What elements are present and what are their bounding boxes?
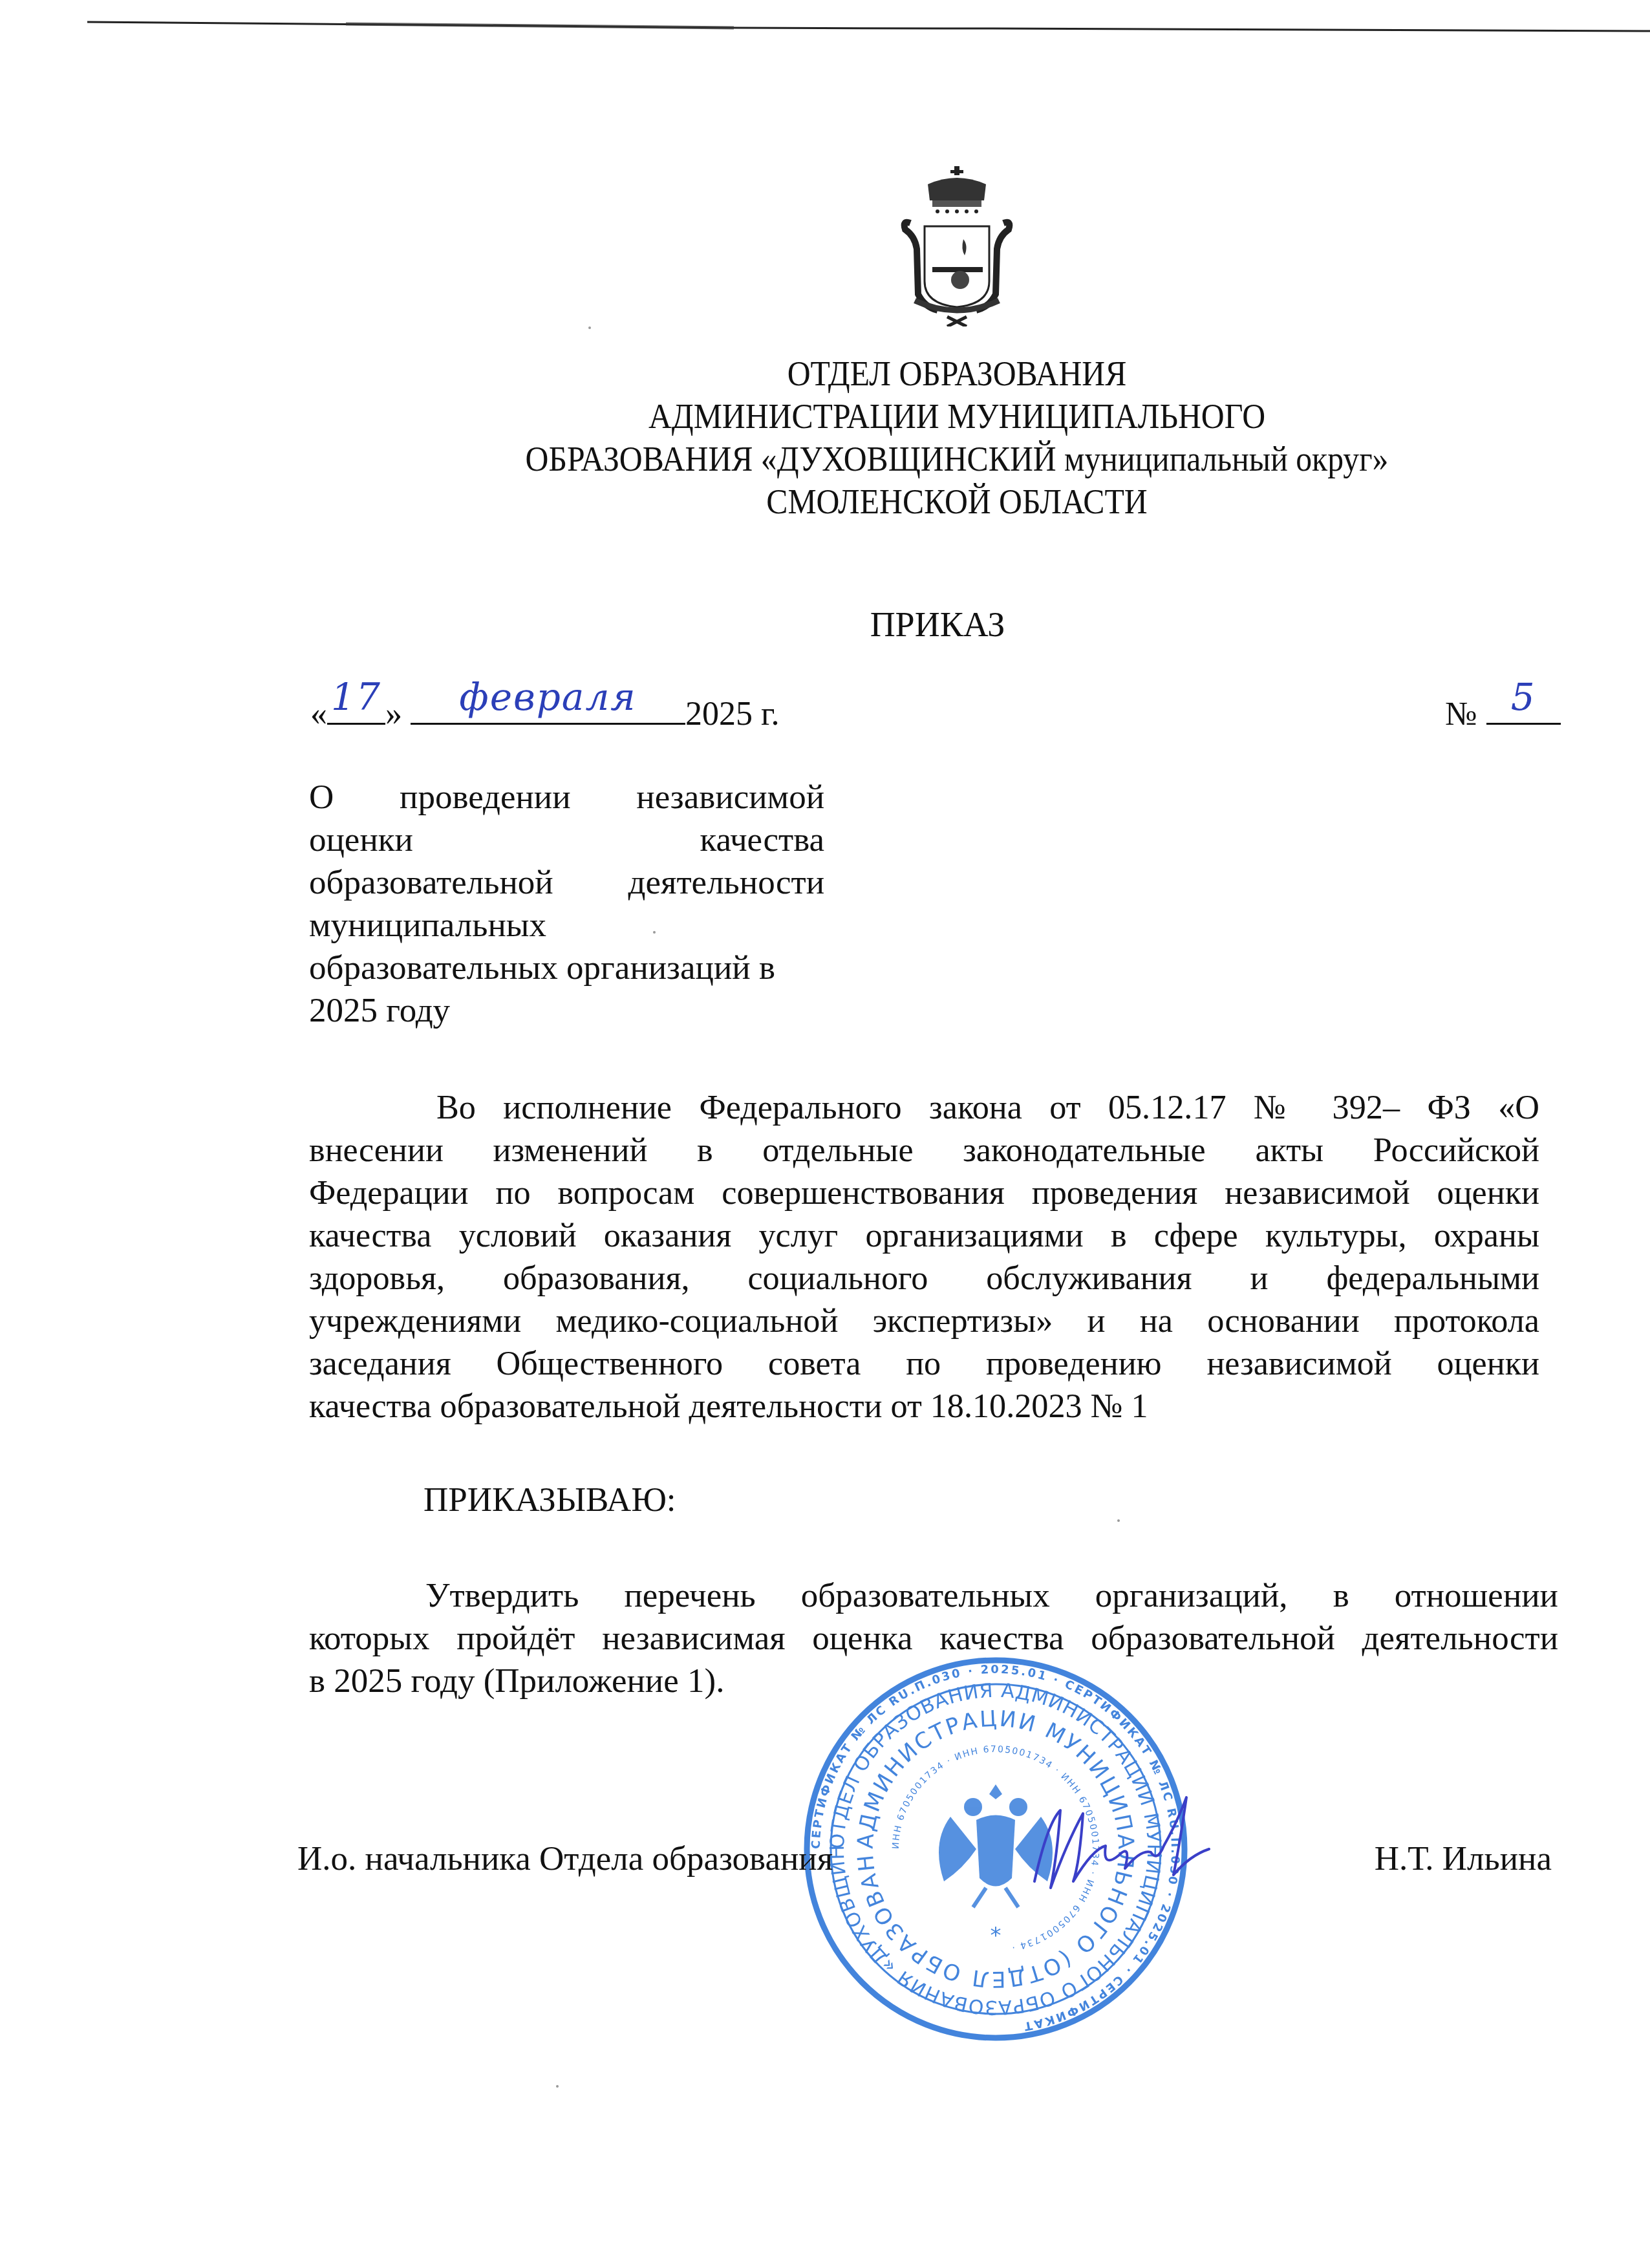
signatory-name: Н.Т. Ильина xyxy=(1375,1839,1552,1878)
resolution-line: которых пройдёт независимая оценка качес… xyxy=(309,1617,1558,1660)
preamble-paragraph: Во исполнение Федерального закона от 05.… xyxy=(309,1086,1539,1428)
date-month-handwritten: февраля xyxy=(411,675,685,719)
scan-speck xyxy=(1117,1519,1120,1522)
order-date: «17» февраля2025 г. xyxy=(310,685,779,737)
date-close-quote: » xyxy=(385,696,402,733)
resolution-line: Утвердить перечень образовательных орган… xyxy=(309,1574,1558,1617)
subject-line: 2025 году xyxy=(309,989,824,1032)
signature-block: И.о. начальника Отдела образования Н.Т. … xyxy=(297,1839,1552,1885)
svg-text:*: * xyxy=(991,1923,1002,1949)
preamble-line: учреждениями медико-социальной экспертиз… xyxy=(309,1300,1539,1342)
coat-of-arms-icon xyxy=(899,165,1015,326)
date-day-field: 17 xyxy=(327,685,385,725)
header-line: СМОЛЕНСКОЙ ОБЛАСТИ xyxy=(410,480,1505,523)
scan-speck xyxy=(588,326,591,329)
header-line: АДМИНИСТРАЦИИ МУНИЦИПАЛЬНОГО xyxy=(410,395,1505,438)
preamble-line: внесении изменений в отдельные законодат… xyxy=(309,1129,1539,1171)
date-month-field: февраля xyxy=(411,685,685,725)
organization-header: ОТДЕЛ ОБРАЗОВАНИЯ АДМИНИСТРАЦИИ МУНИЦИПА… xyxy=(410,352,1505,523)
subject-line: муниципальных xyxy=(309,904,824,947)
order-number-label: № xyxy=(1445,696,1477,733)
document-title: ПРИКАЗ xyxy=(808,604,1067,645)
preamble-line: качества условий оказания услуг организа… xyxy=(309,1214,1539,1257)
directive-heading: ПРИКАЗЫВАЮ: xyxy=(423,1481,676,1519)
scan-speck xyxy=(653,931,656,934)
header-line: ОБРАЗОВАНИЯ «ДУХОВЩИНСКИЙ муниципальный … xyxy=(410,438,1505,480)
header-line: ОТДЕЛ ОБРАЗОВАНИЯ xyxy=(410,352,1505,395)
preamble-line: Федерации по вопросам совершенствования … xyxy=(309,1171,1539,1214)
signatory-position: И.о. начальника Отдела образования xyxy=(297,1839,833,1878)
order-number-handwritten: 5 xyxy=(1486,675,1561,719)
preamble-line: заседания Общественного совета по провед… xyxy=(309,1342,1539,1385)
order-subject: О проведении независимой оценки качества… xyxy=(309,776,824,1032)
subject-line: оценки качества xyxy=(309,818,824,861)
subject-line: образовательных организаций в xyxy=(309,947,824,989)
preamble-line: здоровья, образования, социального обслу… xyxy=(309,1257,1539,1300)
subject-line: образовательной деятельности xyxy=(309,861,824,904)
preamble-line: Во исполнение Федерального закона от 05.… xyxy=(309,1086,1539,1129)
order-number-field: 5 xyxy=(1486,685,1561,725)
date-day-handwritten: 17 xyxy=(327,675,385,719)
date-year: 2025 г. xyxy=(685,696,779,733)
date-open-quote: « xyxy=(310,696,327,733)
scan-edge-line xyxy=(87,19,1650,32)
subject-line: О проведении независимой xyxy=(309,776,824,818)
scan-speck xyxy=(556,2085,559,2088)
preamble-line: качества образовательной деятельности от… xyxy=(309,1385,1539,1428)
order-number: №5 xyxy=(1445,685,1561,733)
